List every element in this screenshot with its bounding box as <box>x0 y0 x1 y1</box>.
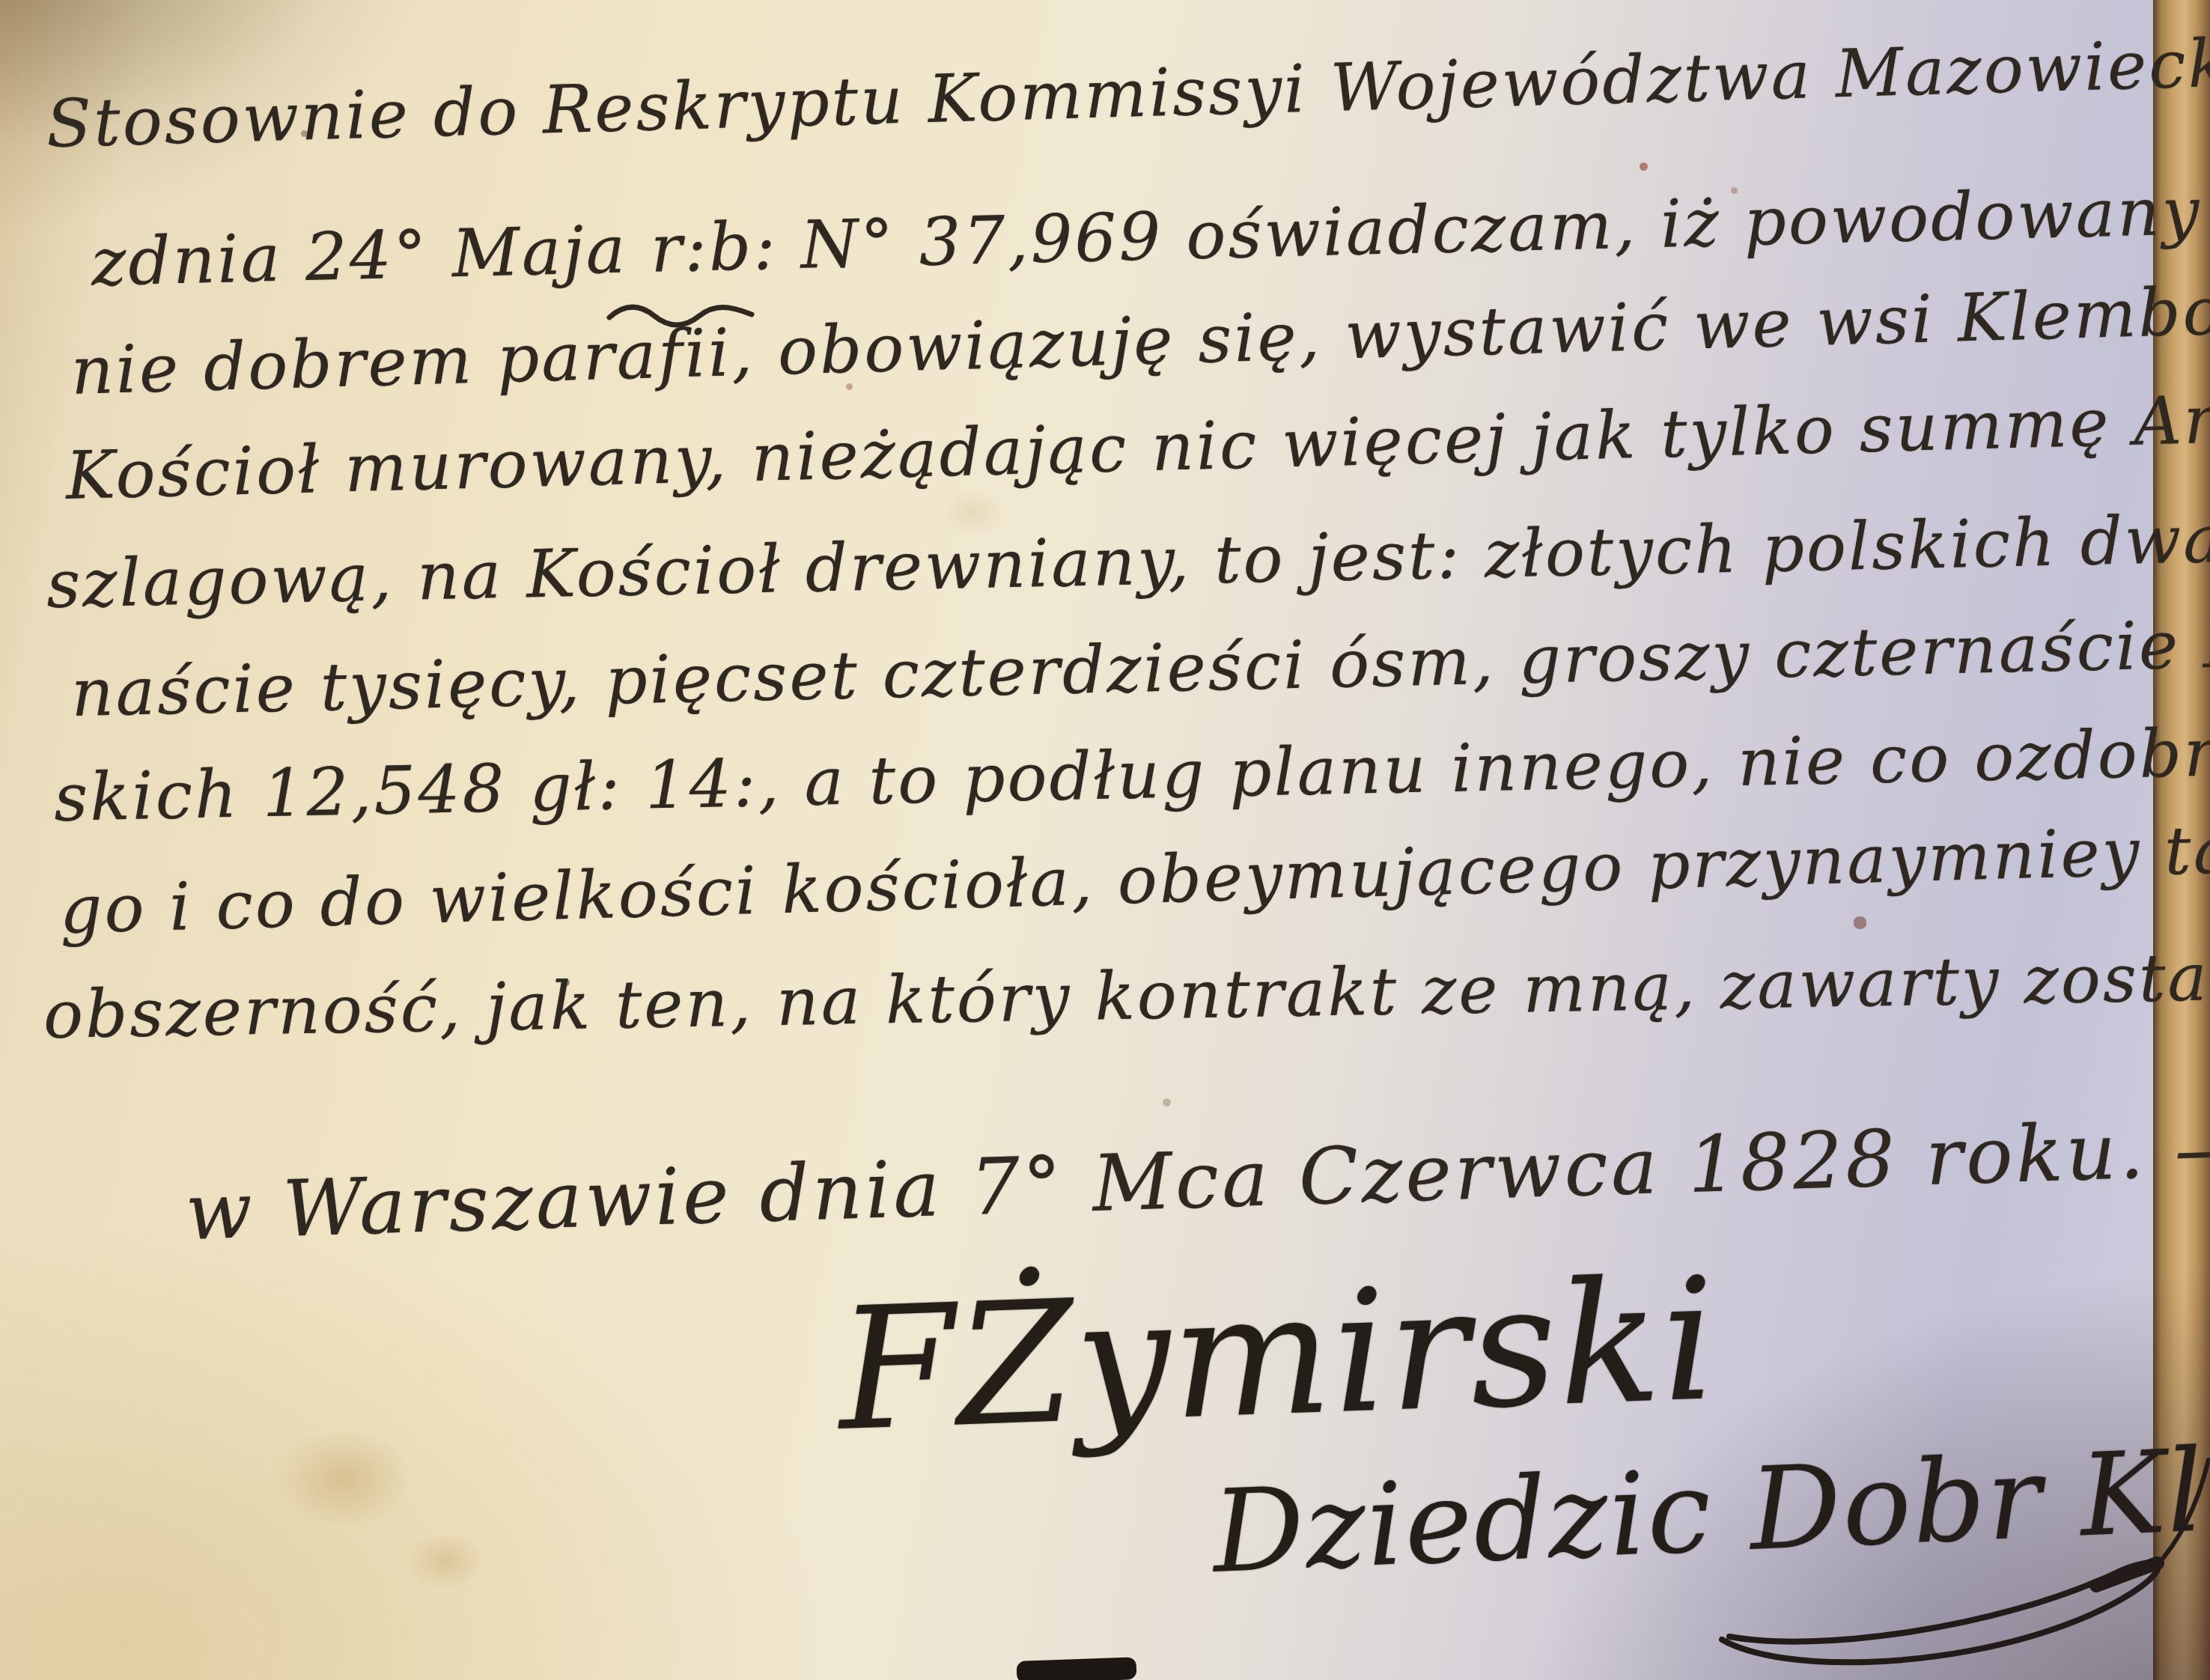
handwritten-line: Stosownie do Reskryptu Kommissyi Wojewód… <box>46 21 2210 162</box>
manuscript-page: Stosownie do Reskryptu Kommissyi Wojewód… <box>0 0 2210 1680</box>
dateline: w Warszawie dnia 7° Mca Czerwca 1828 rok… <box>184 1103 2210 1257</box>
handwritten-line: zdnia 24° Maja r:b: N° 37,969 oświadczam… <box>91 168 2210 300</box>
paper-stain <box>389 1520 502 1602</box>
handwritten-line: szlagową, na Kościoł drewniany, to jest:… <box>46 500 2210 622</box>
ink-specks <box>0 0 4 4</box>
signature-flourish <box>1677 1527 2210 1680</box>
signature-name: FŻymirski <box>835 1242 1720 1469</box>
handwritten-line: naście tysięcy, pięcset czterdzieści ósm… <box>70 600 2210 731</box>
underline-flourish <box>606 299 756 329</box>
ink-mark <box>1017 1657 1137 1680</box>
handwritten-line: obszerność, jak ten, na który kontrakt z… <box>43 938 2210 1053</box>
paper-stain <box>247 1407 442 1550</box>
handwritten-line: skich 12,548 gł: 14:, a to podług planu … <box>53 709 2210 836</box>
